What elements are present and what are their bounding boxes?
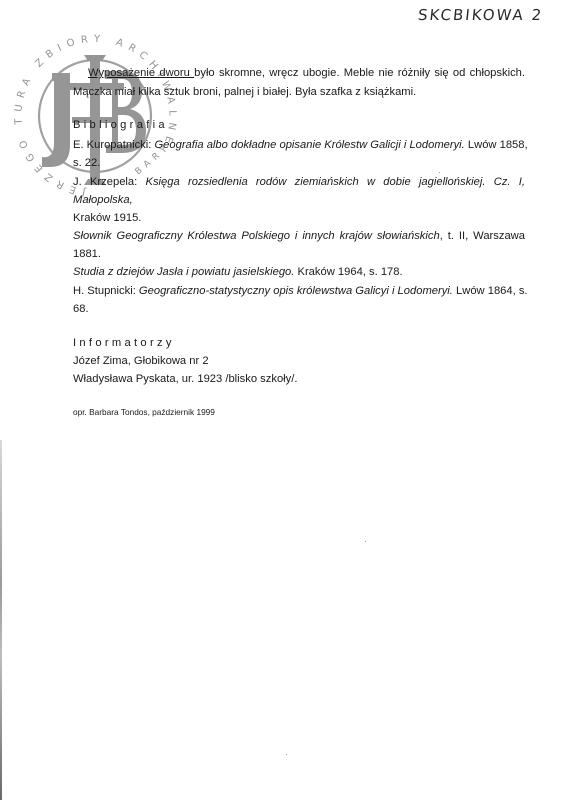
scan-speck	[365, 541, 366, 542]
scan-edge-shadow	[0, 440, 2, 800]
bibliography-entry-2-cont2: Kraków 1915.	[73, 211, 141, 225]
bibliography-entry-3: Słownik Geograficzny Królestwa Polskiego…	[73, 229, 525, 243]
entry-publication: Lwów 1858,	[465, 139, 528, 151]
paragraph-text: było skromne, wręcz ubogie. Meble nie ró…	[194, 67, 525, 79]
entry-title: Geografia albo dokładne opisanie Królest…	[154, 139, 464, 151]
entry-author: J. Krzepela:	[73, 176, 146, 188]
underlined-phrase: Wyposażenie dworu	[88, 67, 194, 79]
entry-publication: Lwów 1864, s.	[453, 285, 528, 297]
entry-title: Słownik Geograficzny Królestwa Polskiego…	[73, 230, 440, 242]
entry-title: Księga rozsiedlenia rodów ziemiańskich w…	[146, 176, 526, 188]
scan-speck	[286, 754, 287, 755]
author-note: opr. Barbara Tondos, październik 1999	[73, 405, 215, 419]
bibliography-entry-5: H. Stupnicki: Geograficzno-statystyczny …	[73, 284, 528, 298]
bibliography-entry-5-cont: 68.	[73, 302, 89, 316]
bibliography-entry-2: J. Krzepela: Księga rozsiedlenia rodów z…	[73, 175, 525, 189]
entry-title: Geograficzno-statystyczny opis królewstw…	[139, 285, 453, 297]
bibliography-entry-2-cont: Małopolska,	[73, 193, 133, 207]
document-page: SKCBIKOWA 2 JERZEGO TURA ZBIORY ARCHIWAL…	[0, 0, 581, 800]
bibliography-entry-1: E. Kuropatnicki: Geografia albo dokładne…	[73, 138, 525, 152]
bibliography-entry-1-cont: s. 22.	[73, 156, 100, 170]
bibliography-heading: Bibliografia	[73, 118, 168, 132]
paragraph-line-1: Wyposażenie dworu było skromne, wręcz ub…	[88, 66, 525, 80]
paragraph-line-2: Mączka miał kilka sztuk broni, palnej i …	[73, 85, 416, 99]
entry-author: E. Kuropatnicki:	[73, 139, 154, 151]
entry-publication: Kraków 1964, s. 178.	[294, 266, 402, 278]
informants-heading: Informatorzy	[73, 336, 175, 350]
entry-author: H. Stupnicki:	[73, 285, 139, 297]
bibliography-entry-4: Studia z dziejów Jasła i powiatu jasiels…	[73, 265, 403, 279]
entry-title: Studia z dziejów Jasła i powiatu jasiels…	[73, 266, 294, 278]
informant-item: Władysława Pyskata, ur. 1923 /blisko szk…	[73, 372, 297, 386]
bibliography-entry-3-cont: 1881.	[73, 247, 101, 261]
entry-publication: , t. II, Warszawa	[440, 230, 525, 242]
informant-item: Józef Zima, Głobikowa nr 2	[73, 354, 209, 368]
svg-text:JERZEGO TURA ZBIORY ARCHIWALNE: JERZEGO TURA ZBIORY ARCHIWALNE	[13, 34, 177, 198]
scan-speck	[439, 172, 440, 173]
handwritten-page-label: SKCBIKOWA 2	[417, 6, 544, 24]
